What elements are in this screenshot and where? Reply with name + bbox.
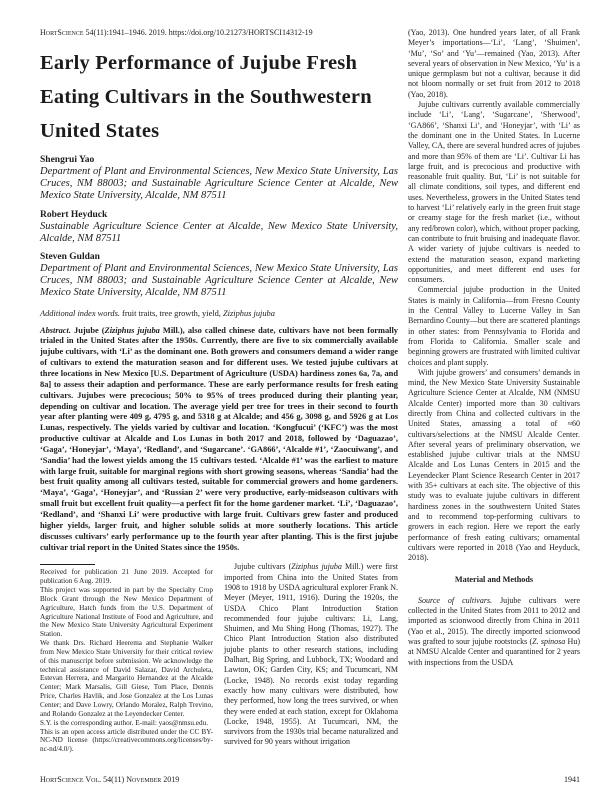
citation-text: 54(11):1941–1946. 2019. https://doi.org/…: [84, 28, 313, 37]
author-name: Steven Guldan: [40, 252, 398, 262]
footer-journal-volume: HortScience Vol. 54(11) November 2019: [40, 775, 179, 784]
footnote-open-access: This is an open access article distribut…: [40, 728, 213, 755]
methods-paragraph: Source of cultivars. Jujube cultivars we…: [408, 596, 580, 668]
author-name: Robert Heyduck: [40, 210, 398, 220]
author-block: Steven Guldan Department of Plant and En…: [40, 252, 398, 300]
abstract: Abstract. Jujube (Ziziphus jujuba Mill.)…: [40, 326, 398, 554]
author-affiliation: Sustainable Agriculture Science Center a…: [40, 221, 398, 245]
intro-paragraph: Commercial jujube production in the Unit…: [408, 285, 580, 367]
page-footer: HortScience Vol. 54(11) November 2019 19…: [40, 775, 580, 784]
author-affiliation: Department of Plant and Environmental Sc…: [40, 263, 398, 300]
lower-columns: Received for publication 21 June 2019. A…: [40, 562, 398, 754]
title-block-column: HortScience 54(11):1941–1946. 2019. http…: [40, 28, 398, 754]
footnote-received: Received for publication 21 June 2019. A…: [40, 568, 213, 586]
journal-page: HortScience 54(11):1941–1946. 2019. http…: [0, 0, 616, 800]
section-heading-material-and-methods: Material and Methods: [408, 575, 580, 585]
intro-middle-column: Jujube cultivars (Ziziphus jujuba Mill.)…: [224, 562, 398, 747]
intro-paragraph: Jujube cultivars (Ziziphus jujuba Mill.)…: [224, 562, 398, 747]
citation-journal-name: HortScience: [40, 28, 84, 37]
author-block: Robert Heyduck Sustainable Agriculture S…: [40, 210, 398, 245]
author-block: Shengrui Yao Department of Plant and Env…: [40, 155, 398, 203]
intro-paragraph: (Yao, 2013). One hundred years later, of…: [408, 28, 580, 100]
author-name: Shengrui Yao: [40, 155, 398, 165]
footnote-column: Received for publication 21 June 2019. A…: [40, 562, 213, 754]
page-columns: HortScience 54(11):1941–1946. 2019. http…: [40, 28, 580, 754]
article-title: Early Performance of Jujube Fresh Eating…: [40, 46, 398, 148]
right-column: (Yao, 2013). One hundred years later, of…: [408, 28, 580, 668]
intro-paragraph: Jujube cultivars currently available com…: [408, 100, 580, 285]
author-affiliation: Department of Plant and Environmental Sc…: [40, 166, 398, 203]
footnote-acknowledgments: We thank Drs. Richard Heerema and Stepha…: [40, 639, 213, 719]
footnote-rule: [40, 564, 95, 565]
footer-page-number: 1941: [564, 775, 580, 784]
index-words: Additional index words. fruit traits, tr…: [40, 309, 398, 318]
footnote-funding: This project was supported in part by th…: [40, 586, 213, 639]
intro-paragraph: With jujube growers’ and consumers’ dema…: [408, 368, 580, 564]
footnote-corresponding-author: S.Y. is the corresponding author. E-mail…: [40, 719, 213, 728]
citation-line: HortScience 54(11):1941–1946. 2019. http…: [40, 28, 398, 38]
